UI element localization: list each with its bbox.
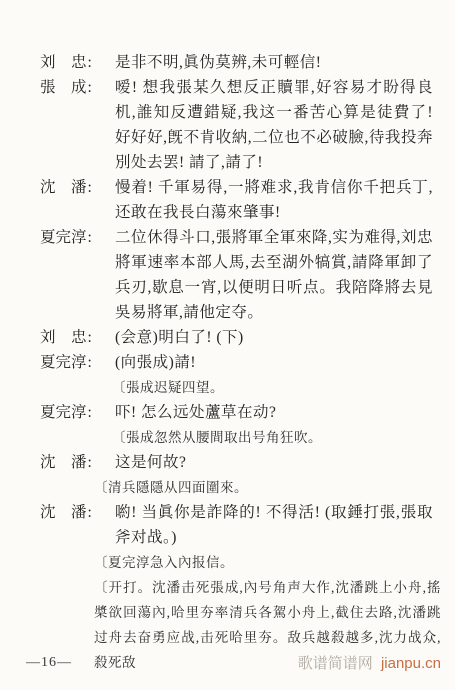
speaker-colon: : bbox=[88, 400, 92, 425]
script-line: 夏完淳: (向張成)請! bbox=[0, 350, 455, 375]
script-line: 刘 忠: (会意)明白了! (下) bbox=[0, 325, 455, 350]
speaker-colon: : bbox=[88, 225, 92, 250]
speaker: 張 成: bbox=[40, 75, 92, 100]
script-line: 夏完淳: 吓! 怎么远处蘆草在动? bbox=[0, 400, 455, 425]
line-text: 〔夏完淳急入內报信。 bbox=[94, 555, 234, 570]
speaker: 刘 忠: bbox=[40, 325, 92, 350]
script-line: 沈 潘: 这是何故? bbox=[0, 450, 455, 475]
speaker-colon: : bbox=[88, 325, 92, 350]
speaker-colon: : bbox=[88, 75, 92, 100]
speaker-name: 沈 潘 bbox=[40, 500, 87, 525]
watermark-url: jianpu.cn bbox=[381, 655, 441, 672]
speaker: 夏完淳: bbox=[40, 350, 92, 375]
page-number: —16— bbox=[26, 655, 72, 671]
speaker: 刘 忠: bbox=[40, 50, 92, 75]
script-page: 刘 忠: 是非不明,眞伪莫辨,未可輕信! 張 成: 嗳! 想我張某久想反正贖罪,… bbox=[0, 0, 455, 690]
watermark-site-name: 歌谱简谱网 bbox=[298, 655, 373, 672]
line-text: (会意)明白了! (下) bbox=[115, 329, 244, 346]
line-text: 嗳! 想我張某久想反正贖罪,好容易才盼得良机,誰知反遭錯疑,我这一番苦心算是徒費… bbox=[115, 79, 433, 171]
line-text: (向張成)請! bbox=[115, 354, 196, 371]
speaker: 夏完淳: bbox=[40, 225, 92, 250]
speaker-name: 沈 潘 bbox=[40, 175, 87, 200]
speaker: 沈 潘: bbox=[40, 500, 92, 525]
speaker-name: 張 成 bbox=[40, 75, 87, 100]
watermark: 歌谱简谱网 jianpu.cn bbox=[298, 652, 441, 673]
line-text: 〔清兵隱隱从四面圍來。 bbox=[94, 480, 248, 495]
speaker-name: 夏完淳 bbox=[40, 400, 87, 425]
speaker-name: 夏完淳 bbox=[40, 225, 87, 250]
script-line: 張 成: 嗳! 想我張某久想反正贖罪,好容易才盼得良机,誰知反遭錯疑,我这一番苦… bbox=[0, 75, 455, 175]
script-body: 刘 忠: 是非不明,眞伪莫辨,未可輕信! 張 成: 嗳! 想我張某久想反正贖罪,… bbox=[0, 0, 455, 675]
speaker: 沈 潘: bbox=[40, 450, 92, 475]
speaker-colon: : bbox=[88, 175, 92, 200]
line-text: 是非不明,眞伪莫辨,未可輕信! bbox=[115, 54, 321, 71]
script-line: 刘 忠: 是非不明,眞伪莫辨,未可輕信! bbox=[0, 50, 455, 75]
line-text: 〔張成忽然从腰間取出号角狂吹。 bbox=[112, 430, 322, 445]
speaker: 夏完淳: bbox=[40, 400, 92, 425]
line-text: 慢着! 千軍易得,一將难求,我肯信你千把兵丁,还敢在我長白蕩來肇事! bbox=[115, 179, 433, 221]
script-line: 沈 潘: 喲! 当眞你是詐降的! 不得活! (取錘打張,張取斧对战。) bbox=[0, 500, 455, 550]
script-line: 〔張成忽然从腰間取出号角狂吹。 bbox=[0, 425, 455, 450]
speaker-name: 沈 潘 bbox=[40, 450, 87, 475]
speaker-colon: : bbox=[88, 350, 92, 375]
script-line: 沈 潘: 慢着! 千軍易得,一將难求,我肯信你千把兵丁,还敢在我長白蕩來肇事! bbox=[0, 175, 455, 225]
speaker-name: 刘 忠 bbox=[40, 50, 87, 75]
speaker-name: 夏完淳 bbox=[40, 350, 87, 375]
script-line: 〔夏完淳急入內报信。 bbox=[0, 550, 455, 575]
speaker-colon: : bbox=[88, 500, 92, 525]
speaker: 沈 潘: bbox=[40, 175, 92, 200]
speaker-colon: : bbox=[88, 450, 92, 475]
line-text: 喲! 当眞你是詐降的! 不得活! (取錘打張,張取斧对战。) bbox=[115, 504, 433, 546]
script-line: 〔張成迟疑四望。 bbox=[0, 375, 455, 400]
line-text: 这是何故? bbox=[115, 454, 186, 471]
line-text: 吓! 怎么远处蘆草在动? bbox=[115, 404, 276, 421]
line-text: 二位休得斗口,張將軍全軍來降,实为难得,刘忠將軍速率本部人馬,去至湖外犒賞,請降… bbox=[115, 229, 433, 321]
line-text: 〔張成迟疑四望。 bbox=[112, 380, 224, 395]
speaker-colon: : bbox=[88, 50, 92, 75]
speaker-name: 刘 忠 bbox=[40, 325, 87, 350]
script-line: 〔清兵隱隱从四面圍來。 bbox=[0, 475, 455, 500]
script-line: 夏完淳: 二位休得斗口,張將軍全軍來降,实为难得,刘忠將軍速率本部人馬,去至湖外… bbox=[0, 225, 455, 325]
